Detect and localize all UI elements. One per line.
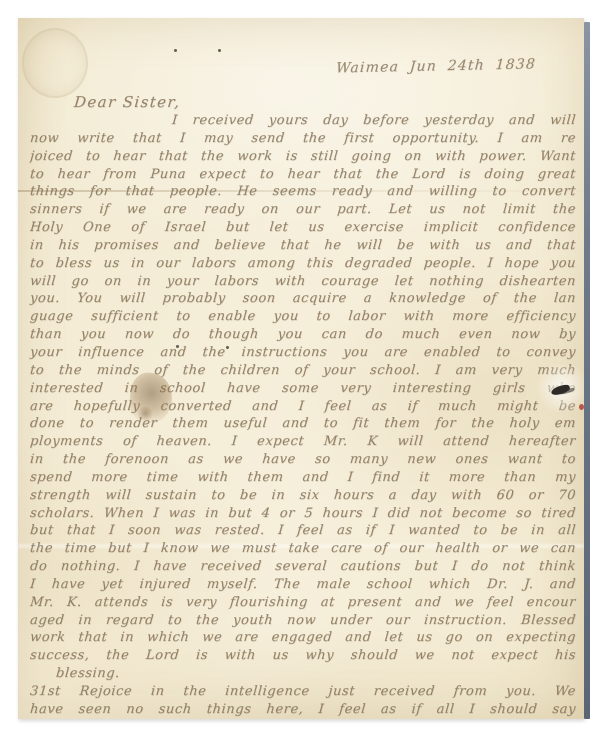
body-line: do nothing. I have received several caut…	[29, 558, 577, 576]
letter-body: I received yours day before yesterday an…	[30, 112, 576, 719]
body-line: done to render them useful and to fit th…	[29, 415, 577, 433]
body-line: things for that people. He seems ready a…	[29, 183, 577, 201]
body-line: work that in which we are engaged and le…	[29, 629, 577, 647]
body-line: I received yours day before yesterday an…	[29, 112, 577, 130]
body-line: to hear from Puna expect to hear that th…	[29, 166, 577, 184]
body-line: I have yet injured myself. The male scho…	[29, 576, 577, 594]
body-line: interested in school have some very inte…	[29, 380, 577, 398]
body-line: but that I soon was rested. I feel as if…	[29, 522, 577, 540]
body-line: ployments of heaven. I expect Mr. K will…	[29, 433, 577, 451]
body-line: strength will sustain to be in six hours…	[29, 487, 577, 505]
body-line: your influence and the instructions you …	[29, 344, 577, 362]
body-line: will go on in your labors with courage l…	[29, 273, 577, 291]
body-line: have seen no such things here, I feel as…	[29, 701, 577, 719]
body-line: now write that I may send the first oppo…	[29, 130, 577, 148]
body-line: Holy One of Israel but let us exercise i…	[29, 219, 577, 237]
body-line: guage sufficient to enable you to labor …	[29, 308, 577, 326]
paper-watermark	[22, 28, 88, 98]
letter-page: Waimea Jun 24th 1838 Dear Sister, I rece…	[18, 18, 584, 719]
body-line: the time but I know we must take care of…	[29, 540, 577, 558]
salutation: Dear Sister,	[73, 93, 181, 111]
body-line: aged in regard to the youth now under ou…	[29, 612, 577, 630]
body-line: spend more time with them and I find it …	[29, 469, 577, 487]
scanned-letter: Waimea Jun 24th 1838 Dear Sister, I rece…	[0, 0, 607, 741]
ink-dot	[226, 346, 229, 349]
body-line: sinners if we are ready on our part. Let…	[29, 201, 577, 219]
body-line: in the forenoon as we have so many new o…	[29, 451, 577, 469]
body-line: than you now do though you can do much e…	[29, 326, 577, 344]
body-line: in his promises and believe that he will…	[29, 237, 577, 255]
adjacent-page-edge	[584, 22, 590, 719]
body-line: are hopefully converted and I feel as if…	[29, 398, 577, 416]
ink-dot	[174, 49, 177, 52]
body-line: scholars. When I was in but 4 or 5 hours…	[29, 505, 577, 523]
body-line: 31st Rejoice in the intelligence just re…	[29, 683, 577, 701]
ink-dot	[176, 345, 179, 348]
dateline: Waimea Jun 24th 1838	[335, 55, 574, 76]
body-line: to bless us in our labors among this deg…	[29, 255, 577, 273]
ink-dot	[218, 49, 221, 52]
body-line: joiced to hear that the work is still go…	[29, 148, 577, 166]
body-line: blessing.	[29, 665, 577, 683]
body-line: Mr. K. attends is very flourishing at pr…	[29, 594, 577, 612]
body-line: you. You will probably soon acquire a kn…	[29, 290, 577, 308]
body-line: success, the Lord is with us why should …	[29, 647, 577, 665]
body-line: to the minds of the children of your sch…	[29, 362, 577, 380]
